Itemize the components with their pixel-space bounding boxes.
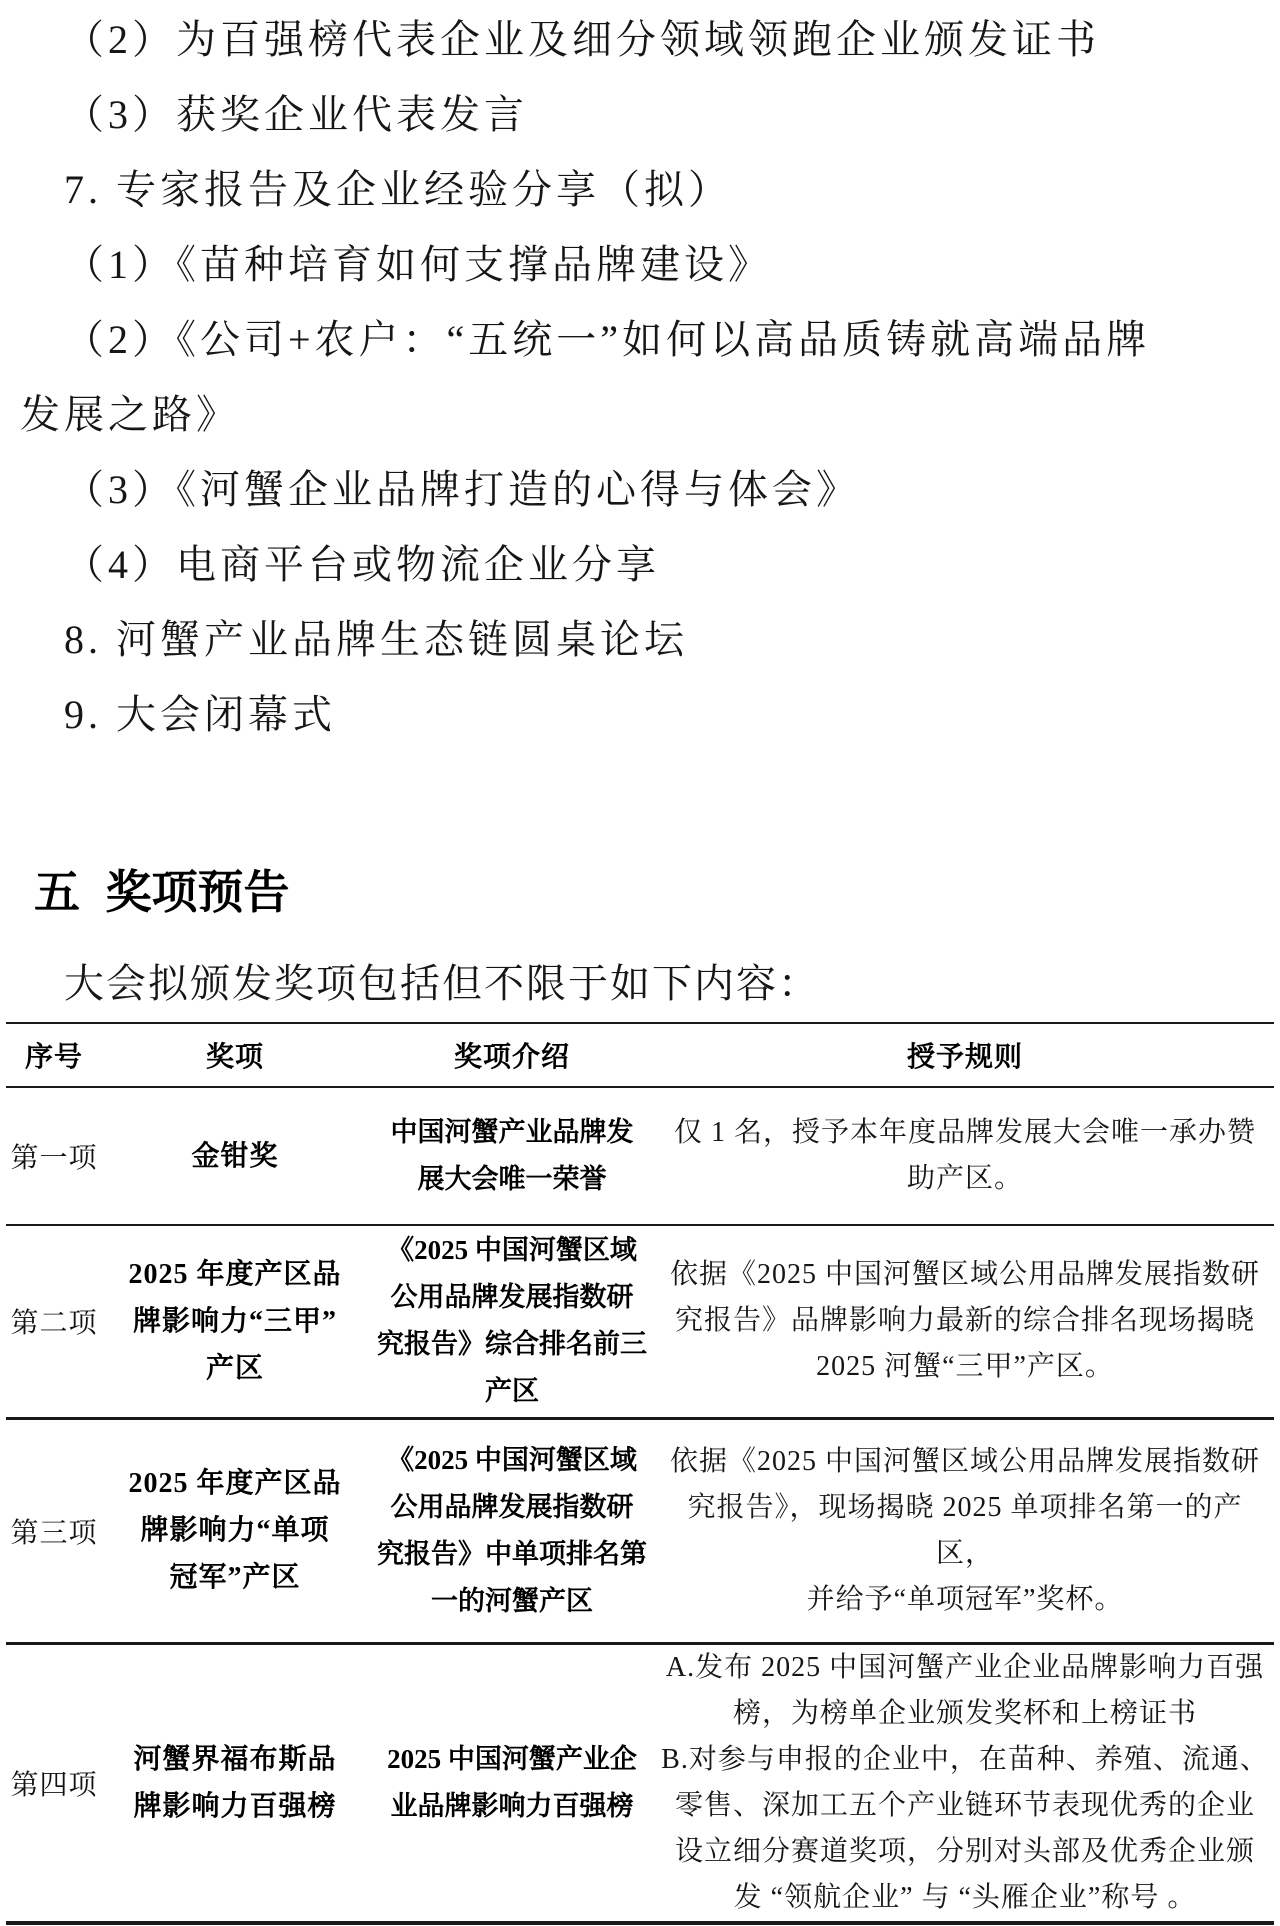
document-page: （2）为百强榜代表企业及细分领域领跑企业颁发证书 （3）获奖企业代表发言 7. … xyxy=(0,0,1280,1926)
agenda-item-5: （2）《公司+农户：“五统一”如何以高品质铸就高端品牌 发展之路》 xyxy=(20,302,1250,452)
awards-table-header-row: 序号 奖项 奖项介绍 授予规则 xyxy=(6,1023,1274,1087)
cell-rule-3: 依据《2025 中国河蟹区域公用品牌发展指数研 究报告》，现场揭晓 2025 单… xyxy=(656,1418,1274,1643)
cell-award-intro-2: 《2025 中国河蟹区域 公用品牌发展指数研 究报告》综合排名前三 产区 xyxy=(368,1225,656,1418)
cell-award-intro-4: 2025 中国河蟹产业企 业品牌影响力百强榜 xyxy=(368,1643,656,1923)
awards-intro-text: 大会拟颁发奖项包括但不限于如下内容： xyxy=(20,960,1280,1008)
awards-table-row-3: 第三项 2025 年度产区品 牌影响力“单项 冠军”产区 《2025 中国河蟹区… xyxy=(6,1418,1274,1643)
cell-rule-1: 仅 1 名，授予本年度品牌发展大会唯一承办赞 助产区。 xyxy=(656,1087,1274,1225)
cell-award-intro-3: 《2025 中国河蟹区域 公用品牌发展指数研 究报告》中单项排名第 一的河蟹产区 xyxy=(368,1418,656,1643)
agenda-item-7: （4）电商平台或物流企业分享 xyxy=(20,527,1250,602)
cell-award-4: 河蟹界福布斯品 牌影响力百强榜 xyxy=(102,1643,368,1923)
agenda-item-9: 9. 大会闭幕式 xyxy=(20,677,1250,752)
section-heading: 五 奖项预告 xyxy=(34,864,1280,920)
awards-table-row-2: 第二项 2025 年度产区品 牌影响力“三甲” 产区 《2025 中国河蟹区域 … xyxy=(6,1225,1274,1418)
cell-no-1: 第一项 xyxy=(6,1087,102,1225)
agenda-item-3: 7. 专家报告及企业经验分享（拟） xyxy=(20,152,1250,227)
header-rule: 授予规则 xyxy=(656,1023,1274,1087)
cell-award-intro-1: 中国河蟹产业品牌发 展大会唯一荣誉 xyxy=(368,1087,656,1225)
cell-rule-4: A.发布 2025 中国河蟹产业企业品牌影响力百强 榜，为榜单企业颁发奖杯和上榜… xyxy=(656,1643,1274,1923)
agenda-item-2: （3）获奖企业代表发言 xyxy=(20,77,1250,152)
awards-table-row-1: 第一项 金钳奖 中国河蟹产业品牌发 展大会唯一荣誉 仅 1 名，授予本年度品牌发… xyxy=(6,1087,1274,1225)
cell-no-3: 第三项 xyxy=(6,1418,102,1643)
header-no: 序号 xyxy=(6,1023,102,1087)
agenda-item-1: （2）为百强榜代表企业及细分领域领跑企业颁发证书 xyxy=(20,2,1250,77)
agenda-item-6: （3）《河蟹企业品牌打造的心得与体会》 xyxy=(20,452,1250,527)
cell-award-1: 金钳奖 xyxy=(102,1087,368,1225)
agenda-item-8: 8. 河蟹产业品牌生态链圆桌论坛 xyxy=(20,602,1250,677)
cell-no-4: 第四项 xyxy=(6,1643,102,1923)
cell-award-2: 2025 年度产区品 牌影响力“三甲” 产区 xyxy=(102,1225,368,1418)
header-award: 奖项 xyxy=(102,1023,368,1087)
awards-table-row-4: 第四项 河蟹界福布斯品 牌影响力百强榜 2025 中国河蟹产业企 业品牌影响力百… xyxy=(6,1643,1274,1923)
agenda-item-4: （1）《苗种培育如何支撑品牌建设》 xyxy=(20,227,1250,302)
awards-table: 序号 奖项 奖项介绍 授予规则 第一项 金钳奖 中国河蟹产业品牌发 展大会唯一荣… xyxy=(6,1022,1274,1925)
cell-rule-2: 依据《2025 中国河蟹区域公用品牌发展指数研 究报告》品牌影响力最新的综合排名… xyxy=(656,1225,1274,1418)
cell-no-2: 第二项 xyxy=(6,1225,102,1418)
header-award-intro: 奖项介绍 xyxy=(368,1023,656,1087)
agenda-list: （2）为百强榜代表企业及细分领域领跑企业颁发证书 （3）获奖企业代表发言 7. … xyxy=(20,0,1250,752)
cell-award-3: 2025 年度产区品 牌影响力“单项 冠军”产区 xyxy=(102,1418,368,1643)
